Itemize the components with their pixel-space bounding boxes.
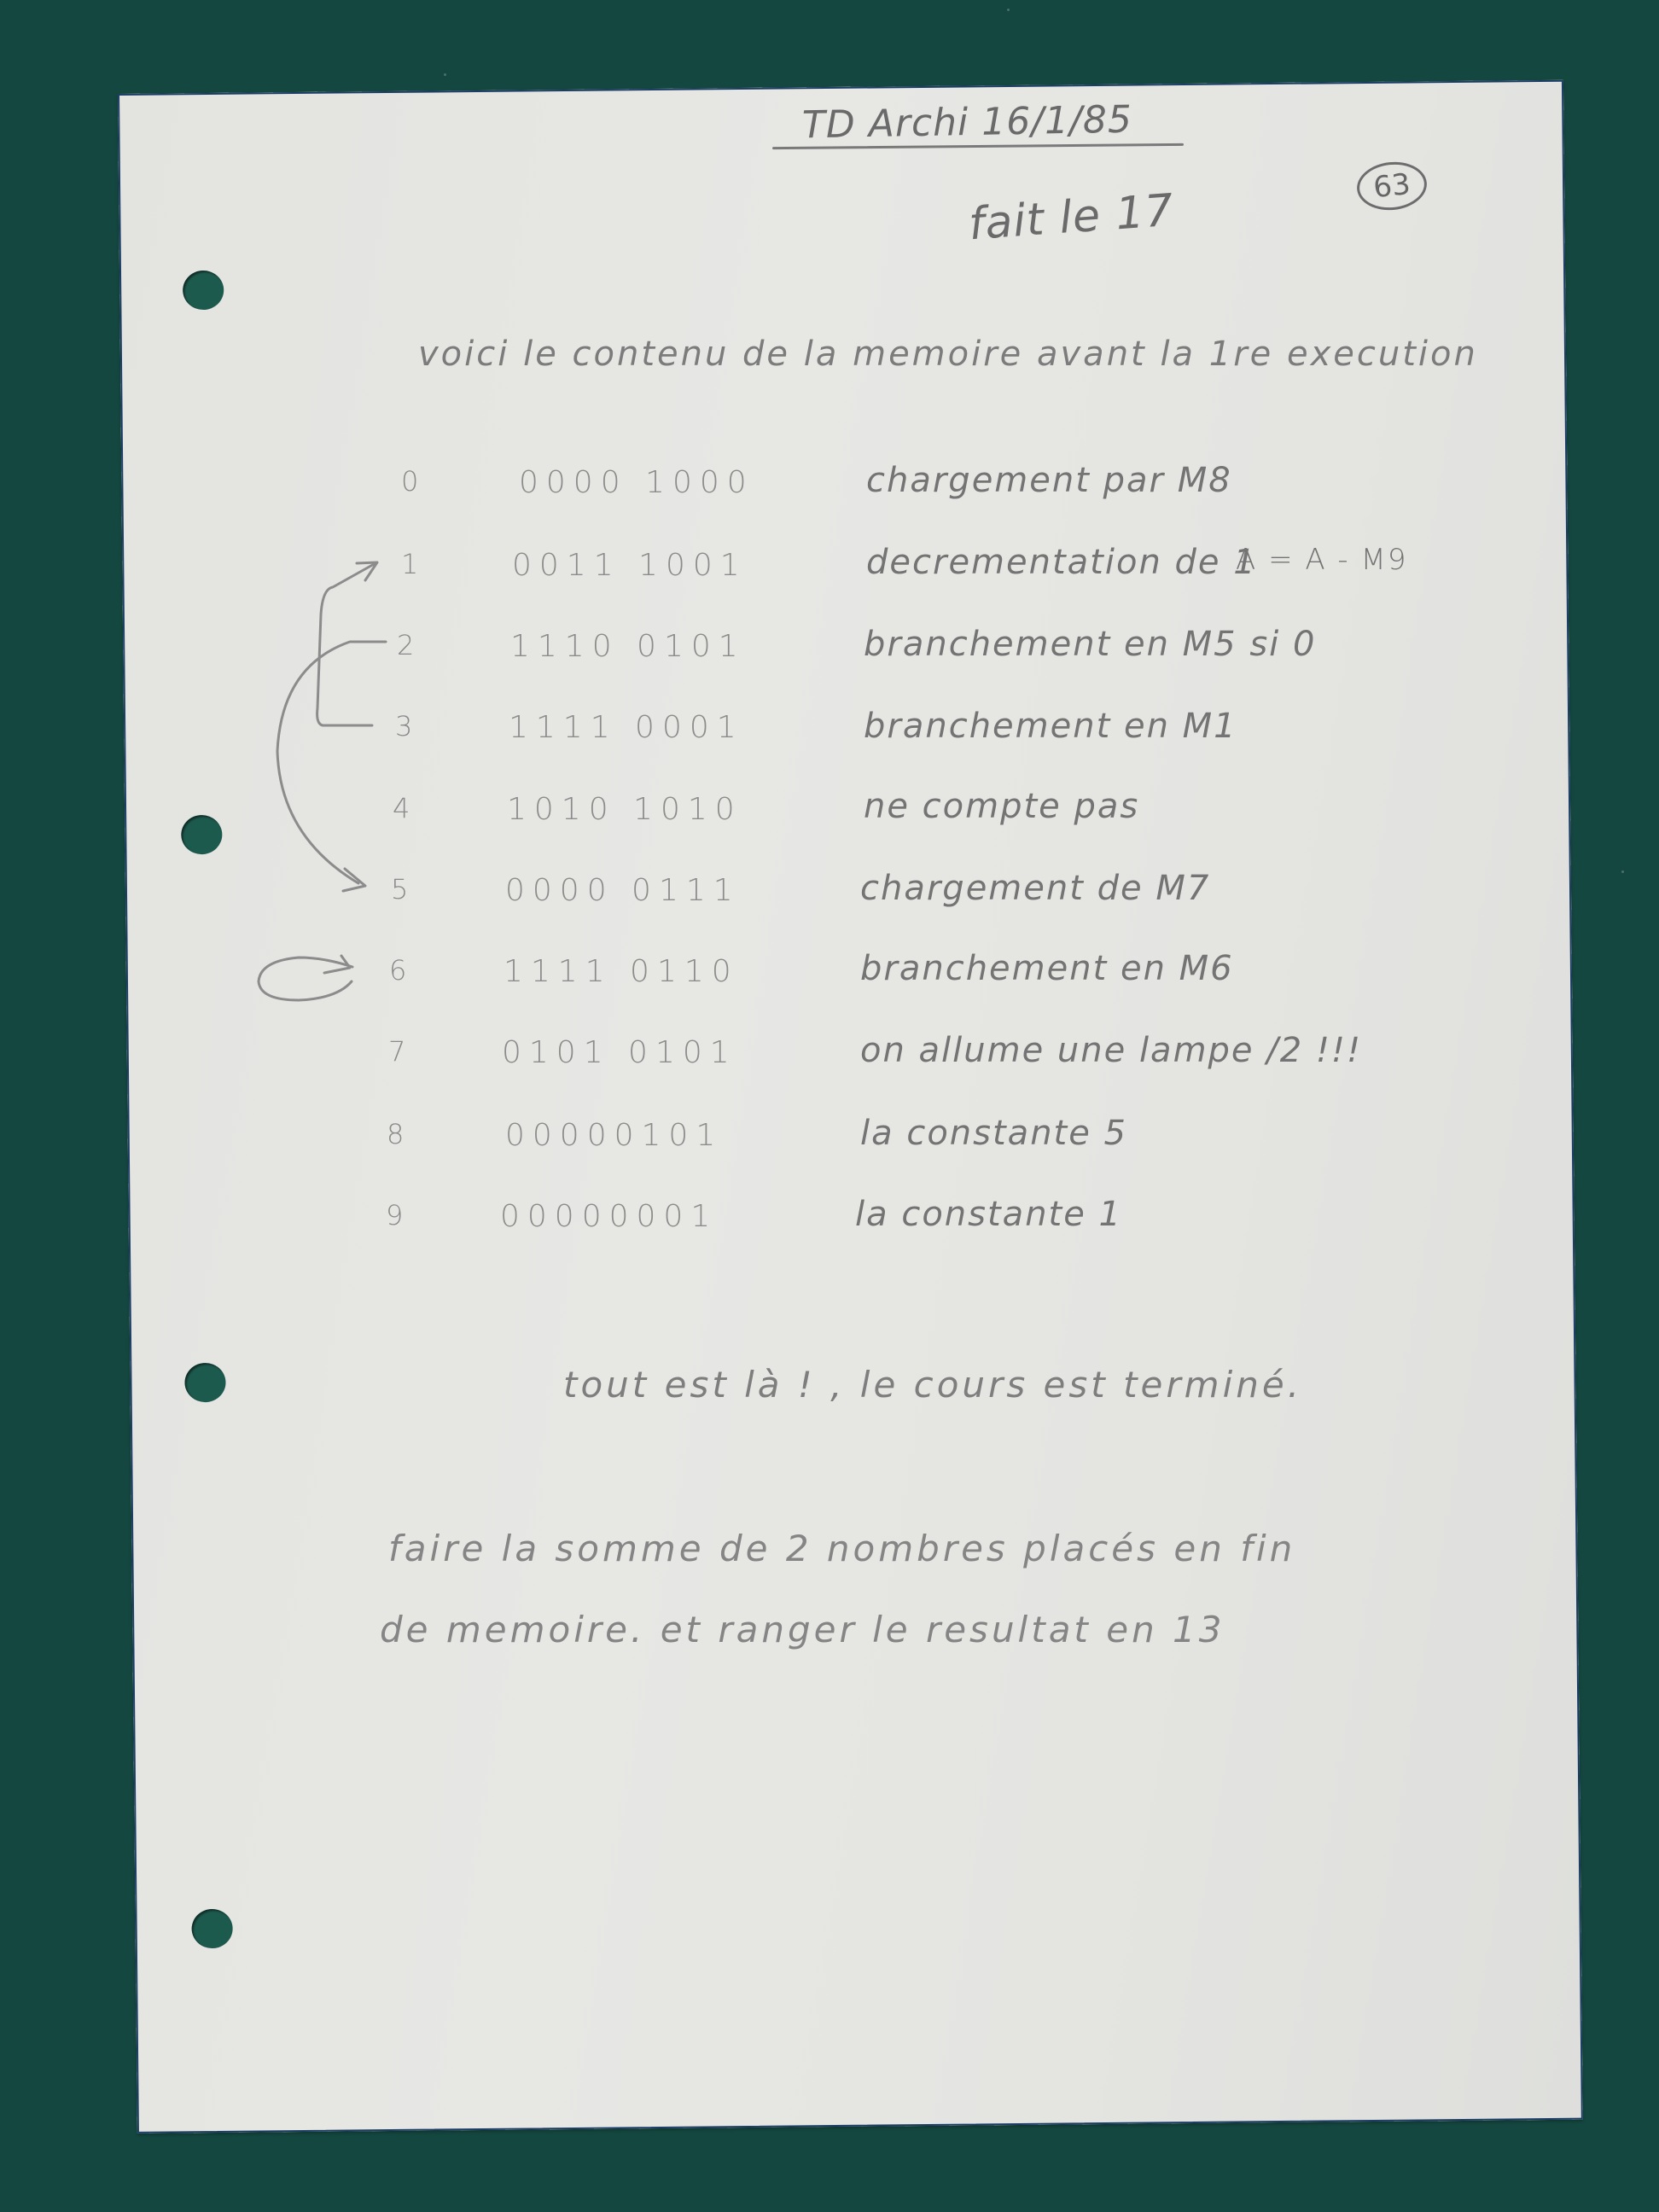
memory-address: 9 <box>386 1199 404 1231</box>
memory-annotation: A = A - M9 <box>1236 543 1407 577</box>
memory-binary: 1010 1010 <box>507 792 742 827</box>
memory-comment: branchement en M6 <box>860 949 1234 988</box>
memory-comment: on allume une lampe /2 !!! <box>860 1031 1362 1070</box>
binder-hole <box>183 271 224 310</box>
memory-binary: 0000 0111 <box>505 873 741 908</box>
memory-comment: branchement en M5 si 0 <box>864 625 1316 664</box>
background-speck <box>444 73 446 76</box>
memory-address: 6 <box>389 954 407 987</box>
memory-address: 2 <box>397 629 415 661</box>
binder-hole <box>184 1363 225 1402</box>
memory-binary: 1111 0001 <box>509 710 744 745</box>
memory-address: 7 <box>388 1035 406 1068</box>
memory-comment: ne compte pas <box>864 787 1139 826</box>
memory-address: 4 <box>393 792 410 824</box>
paper-sheet <box>118 80 1583 2133</box>
intro-text: voici le contenu de la memoire avant la … <box>418 335 1478 374</box>
memory-binary: 1110 0101 <box>510 629 746 664</box>
memory-address: 1 <box>401 548 419 580</box>
memory-binary: 0101 0101 <box>502 1035 737 1070</box>
closing-remark: tout est là ! , le cours est terminé. <box>563 1364 1302 1406</box>
memory-address: 0 <box>401 465 419 498</box>
binder-hole <box>191 1909 232 1948</box>
document-title: TD Archi 16/1/85 <box>802 98 1133 148</box>
background-speck <box>1621 870 1624 873</box>
memory-comment: la constante 5 <box>860 1114 1127 1153</box>
binder-hole <box>181 815 222 854</box>
memory-comment: la constante 1 <box>855 1195 1122 1234</box>
memory-binary: 1111 0110 <box>504 954 739 989</box>
page-number: 63 <box>1371 167 1412 205</box>
memory-binary: 00000101 <box>505 1118 723 1153</box>
memory-binary: 0011 1001 <box>512 548 748 583</box>
memory-binary: 00000001 <box>500 1199 718 1234</box>
exercise-line-2: de memoire. et ranger le resultat en 13 <box>380 1609 1225 1650</box>
memory-address: 8 <box>387 1118 405 1150</box>
memory-comment: branchement en M1 <box>864 707 1237 746</box>
memory-address: 5 <box>391 873 409 905</box>
memory-comment: decrementation de 1 <box>866 543 1257 582</box>
memory-address: 3 <box>395 710 413 742</box>
exercise-line-1: faire la somme de 2 nombres placés en fi… <box>388 1528 1295 1569</box>
memory-comment: chargement par M8 <box>866 461 1232 500</box>
memory-comment: chargement de M7 <box>860 869 1210 908</box>
memory-binary: 0000 1000 <box>519 465 754 500</box>
background-speck <box>1007 9 1010 11</box>
